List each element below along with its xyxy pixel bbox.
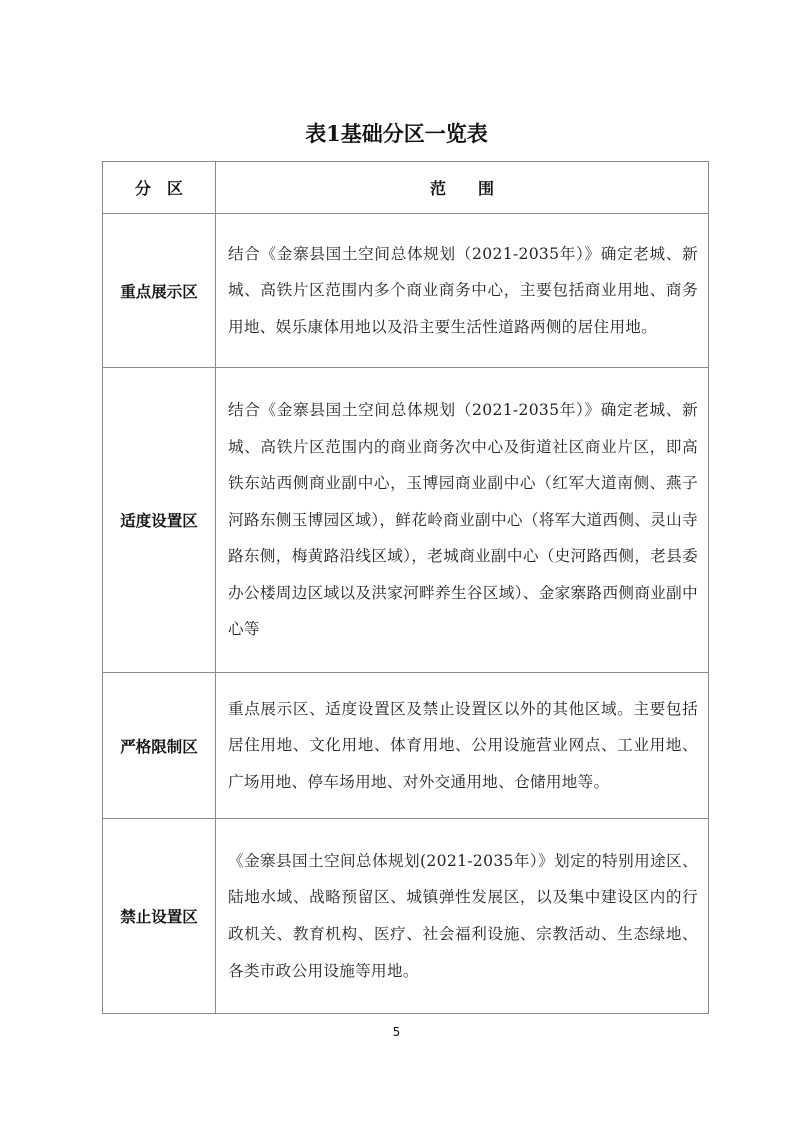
- zone-name: 严格限制区: [103, 673, 216, 819]
- zone-scope: 结合《金寨县国土空间总体规划（2021-2035年）》确定老城、新城、高铁片区范…: [216, 368, 709, 673]
- zone-scope: 重点展示区、适度设置区及禁止设置区以外的其他区域。主要包括居住用地、文化用地、体…: [216, 673, 709, 819]
- zoning-table: 分 区 范 围 重点展示区 结合《金寨县国土空间总体规划（2021-2035年）…: [102, 161, 709, 1014]
- table-row: 重点展示区 结合《金寨县国土空间总体规划（2021-2035年）》确定老城、新城…: [103, 214, 709, 368]
- zone-scope: 《金寨县国土空间总体规划(2021-2035年）》划定的特别用途区、陆地水域、战…: [216, 819, 709, 1014]
- table-row: 严格限制区 重点展示区、适度设置区及禁止设置区以外的其他区域。主要包括居住用地、…: [103, 673, 709, 819]
- table-row: 适度设置区 结合《金寨县国土空间总体规划（2021-2035年）》确定老城、新城…: [103, 368, 709, 673]
- table-title: 表1基础分区一览表: [0, 118, 793, 148]
- zone-scope: 结合《金寨县国土空间总体规划（2021-2035年）》确定老城、新城、高铁片区范…: [216, 214, 709, 368]
- header-scope: 范 围: [216, 162, 709, 214]
- page-number: 5: [0, 1025, 793, 1039]
- zone-name: 禁止设置区: [103, 819, 216, 1014]
- table-header-row: 分 区 范 围: [103, 162, 709, 214]
- zone-name: 适度设置区: [103, 368, 216, 673]
- header-zone: 分 区: [103, 162, 216, 214]
- zone-name: 重点展示区: [103, 214, 216, 368]
- table-row: 禁止设置区 《金寨县国土空间总体规划(2021-2035年）》划定的特别用途区、…: [103, 819, 709, 1014]
